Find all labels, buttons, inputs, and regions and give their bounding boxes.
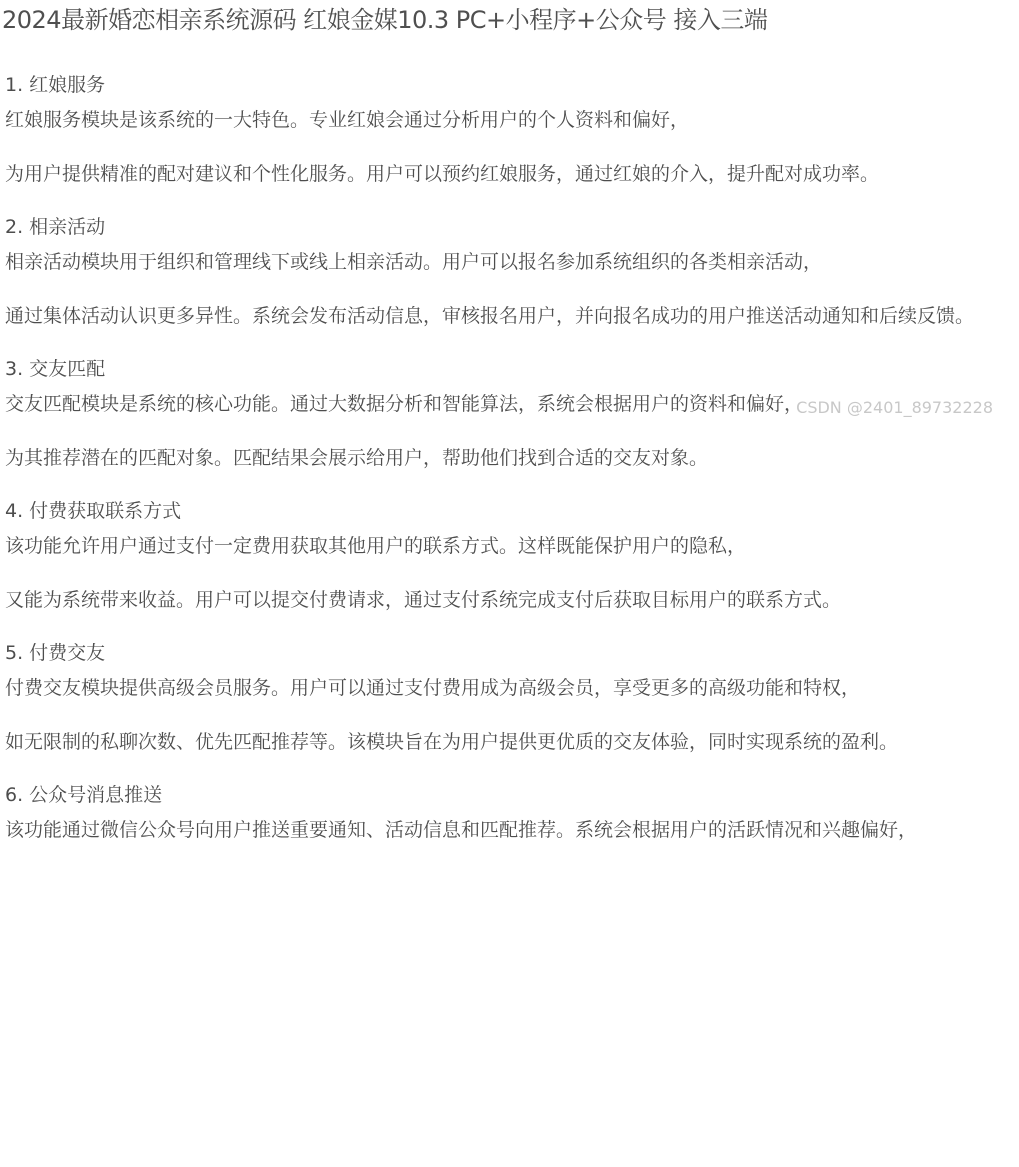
section-official-account-push: 6. 公众号消息推送 该功能通过微信公众号向用户推送重要通知、活动信息和匹配推荐… [5,778,1015,848]
csdn-watermark: CSDN @2401_89732228 [796,398,993,417]
section-heading: 1. 红娘服务 [5,68,1015,102]
paragraph: 相亲活动模块用于组织和管理线下或线上相亲活动。用户可以报名参加系统组织的各类相亲… [5,244,1015,280]
section-heading: 3. 交友匹配 [5,352,1015,386]
article-body: 1. 红娘服务 红娘服务模块是该系统的一大特色。专业红娘会通过分析用户的个人资料… [5,68,1015,866]
paragraph: 该功能通过微信公众号向用户推送重要通知、活动信息和匹配推荐。系统会根据用户的活跃… [5,812,1015,848]
page-title: 2024最新婚恋相亲系统源码 红娘金媒10.3 PC+小程序+公众号 接入三端 [2,2,767,38]
section-heading: 6. 公众号消息推送 [5,778,1015,812]
section-paid-contact: 4. 付费获取联系方式 该功能允许用户通过支付一定费用获取其他用户的联系方式。这… [5,494,1015,618]
paragraph: 该功能允许用户通过支付一定费用获取其他用户的联系方式。这样既能保护用户的隐私， [5,528,1015,564]
section-paid-dating: 5. 付费交友 付费交友模块提供高级会员服务。用户可以通过支付费用成为高级会员，… [5,636,1015,760]
paragraph: 如无限制的私聊次数、优先匹配推荐等。该模块旨在为用户提供更优质的交友体验，同时实… [5,724,1015,760]
paragraph: 又能为系统带来收益。用户可以提交付费请求，通过支付系统完成支付后获取目标用户的联… [5,582,1015,618]
paragraph: 通过集体活动认识更多异性。系统会发布活动信息，审核报名用户，并向报名成功的用户推… [5,298,1015,334]
section-heading: 4. 付费获取联系方式 [5,494,1015,528]
paragraph: 红娘服务模块是该系统的一大特色。专业红娘会通过分析用户的个人资料和偏好， [5,102,1015,138]
section-dating-events: 2. 相亲活动 相亲活动模块用于组织和管理线下或线上相亲活动。用户可以报名参加系… [5,210,1015,334]
section-matchmaker-service: 1. 红娘服务 红娘服务模块是该系统的一大特色。专业红娘会通过分析用户的个人资料… [5,68,1015,192]
paragraph: 为其推荐潜在的匹配对象。匹配结果会展示给用户，帮助他们找到合适的交友对象。 [5,440,1015,476]
section-heading: 2. 相亲活动 [5,210,1015,244]
paragraph: 付费交友模块提供高级会员服务。用户可以通过支付费用成为高级会员，享受更多的高级功… [5,670,1015,706]
section-heading: 5. 付费交友 [5,636,1015,670]
paragraph: 为用户提供精准的配对建议和个性化服务。用户可以预约红娘服务，通过红娘的介入，提升… [5,156,1015,192]
